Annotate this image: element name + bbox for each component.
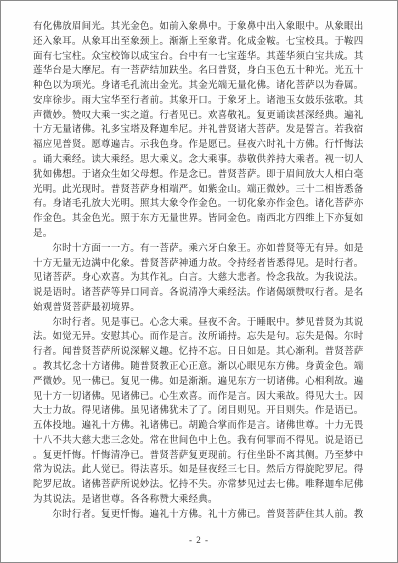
text-line: 始观普贤菩萨最初境界。 [33, 301, 373, 316]
text-line: 尔时行者。见是事已。心念大乘。昼夜不舍。于睡眠中。梦见普贤为其说 [33, 316, 373, 331]
text-line: 犹如佛想。于诸众生如父母想。作是念已。普贤菩萨。即于眉间放大人相白毫 [33, 168, 373, 183]
text-line: 行者。闻普贤菩萨所说深解义趣。忆持不忘。日日如是。其心渐利。普贤菩萨 [33, 345, 373, 360]
text-line: 光明。此光现时。普贤菩萨身相端严。如紫金山。端正微妙。三十二相皆悉备 [33, 183, 373, 198]
page-number: - 2 - [1, 535, 397, 545]
text-line: 有。身诸毛孔放大光明。照其大象令作金色。一切化象亦作金色。诸化菩萨亦 [33, 197, 373, 212]
text-line: 面有七宝柱。众宝校饰以成宝台。台中有一七宝莲华。其莲华须白宝共成。其 [33, 50, 373, 65]
text-line: 大士力故。得见诸佛。虽见诸佛犹未了了。闭目则见。开目则失。作是语已。 [33, 404, 373, 419]
text-line: 法。如觉无异。安慰其心。而作是言。汝所诵持。忘失是句。忘失是偈。尔时 [33, 330, 373, 345]
text-line: 五体投地。遍礼十方佛。礼诸佛已。胡跪合掌而作是言。诸佛世尊。十力无畏 [33, 419, 373, 434]
text-line: 见诸菩萨。身心欢喜。为其作礼。白言。大慈大悲者。怜念我故。为我说法。 [33, 271, 373, 286]
text-line: 常为说法。此人觉已。得法喜乐。如是昼夜经三七日。然后方得旋陀罗尼。得 [33, 463, 373, 478]
text-line: 种色以为项光。身诸毛孔流出金光。其金光端无量化佛。诸化菩萨以为眷属。 [33, 79, 373, 94]
text-line: 声微妙。赞叹大乘一实之道。行者见已。欢喜敬礼。复更诵读甚深经典。遍礼 [33, 109, 373, 124]
text-line: 。复更忏悔。忏悔清净已。普贤菩萨复更现前。行住坐卧不离其侧。乃至梦中 [33, 449, 373, 464]
text-line: 安庠徐步。雨大宝华至行者前。其象开口。于象牙上。诸池玉女鼓乐弦歌。其 [33, 94, 373, 109]
text-line: 作金色。其金色光。照于东方无量世界。皆同金色。南西北方四维上下亦复如 [33, 212, 373, 227]
text-line: 是。 [33, 227, 373, 242]
text-line: 福应见普贤。愿尊遍吉。示我色身。作是愿已。昼夜六时礼十方佛。行忏悔法 [33, 138, 373, 153]
text-line: 有化佛放眉间光。其光金色。如前入象鼻中。于象鼻中出入象眼中。从象眼出 [33, 20, 373, 35]
text-line: 。诵大乘经。读大乘经。思大乘义。念大乘事。恭敬供养持大乘者。视一切人 [33, 153, 373, 168]
text-line: 十八不共大慈大悲三念处。常在世间色中上色。我有何罪而不得见。说是语已 [33, 434, 373, 449]
sutra-page: 有化佛放眉间光。其光金色。如前入象鼻中。于象鼻中出入象眼中。从象眼出还入象耳。从… [0, 0, 398, 563]
text-line: 尔时行者。复更忏悔。遍礼十方佛。礼十方佛已。普贤菩萨住其人前。教 [33, 508, 373, 523]
text-line: 严微妙。见一佛已。复见一佛。如是渐渐。遍见东方一切诸佛。心相利故。遍 [33, 375, 373, 390]
sutra-text-block: 有化佛放眉间光。其光金色。如前入象鼻中。于象鼻中出入象眼中。从象眼出还入象耳。从… [33, 20, 373, 523]
text-line: 见十方一切诸佛。见诸佛已。心生欢喜。而作是言。因大乘故。得见大士。因 [33, 390, 373, 405]
text-line: 尔时十方面一一方。有一菩萨。乘六牙白象王。亦如普贤等无有异。如是 [33, 242, 373, 257]
text-line: 十方无量诸佛。礼多宝塔及释迦牟尼。并礼普贤诸大菩萨。发是誓言。若我宿 [33, 123, 373, 138]
text-line: 为其说法。是诸世尊。各各称赞大乘经典。 [33, 493, 373, 508]
text-line: 陀罗尼故。诸佛菩萨所说妙法。忆持不失。亦常梦见过去七佛。唯释迦牟尼佛 [33, 478, 373, 493]
text-line: 还入象耳。从象耳出至象颈上。渐渐上至象背。化成金鞍。七宝校具。于鞍四 [33, 35, 373, 50]
text-line: 。教其忆念十方诸佛。随普贤教正心正意。渐以心眼见东方佛。身黄金色。端 [33, 360, 373, 375]
text-line: 十方无量无边满中化象。普贤菩萨神通力故。令持经者皆悉得见。是时行者。 [33, 257, 373, 272]
text-line: 说是语时。诸菩萨等异口同音。各说清净大乘经法。作诸偈颂赞叹行者。是名 [33, 286, 373, 301]
text-line: 莲华台是大摩尼。有一菩萨结加趺坐。名曰普贤，身白玉色五十种光。光五十 [33, 64, 373, 79]
